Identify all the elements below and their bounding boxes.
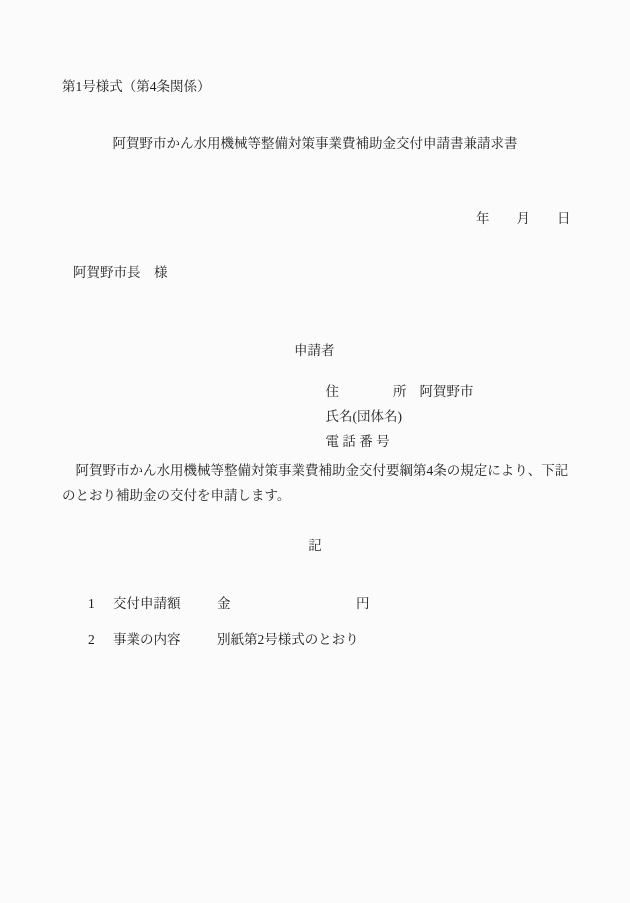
section-marker: 記 bbox=[0, 538, 630, 554]
applicant-heading: 申請者 bbox=[294, 343, 335, 359]
item-label: 事業の内容 bbox=[113, 632, 217, 648]
item-row-application-amount: 1 交付申請額 金 円 bbox=[88, 596, 370, 612]
date-line: 年 月 日 bbox=[476, 211, 571, 227]
item-value-tail: 円 bbox=[356, 596, 370, 612]
form-number: 第1号様式（第4条関係） bbox=[62, 79, 211, 95]
document-page: 第1号様式（第4条関係） 阿賀野市かん水用機械等整備対策事業費補助金交付申請書兼… bbox=[0, 0, 630, 903]
item-value: 金 bbox=[217, 596, 356, 612]
item-row-project-details: 2 事業の内容 別紙第2号様式のとおり bbox=[88, 632, 359, 648]
item-value: 別紙第2号様式のとおり bbox=[217, 632, 359, 648]
applicant-phone-label: 電 話 番 号 bbox=[326, 434, 390, 449]
item-number: 1 bbox=[88, 596, 113, 612]
addressee-line: 阿賀野市長 様 bbox=[73, 265, 168, 281]
document-title: 阿賀野市かん水用機械等整備対策事業費補助金交付申請書兼請求書 bbox=[0, 136, 630, 152]
applicant-address-value: 阿賀野市 bbox=[420, 384, 474, 399]
body-paragraph: 阿賀野市かん水用機械等整備対策事業費補助金交付要綱第4条の規定により、下記のとお… bbox=[62, 459, 570, 508]
item-number: 2 bbox=[88, 632, 113, 648]
item-label: 交付申請額 bbox=[113, 596, 217, 612]
